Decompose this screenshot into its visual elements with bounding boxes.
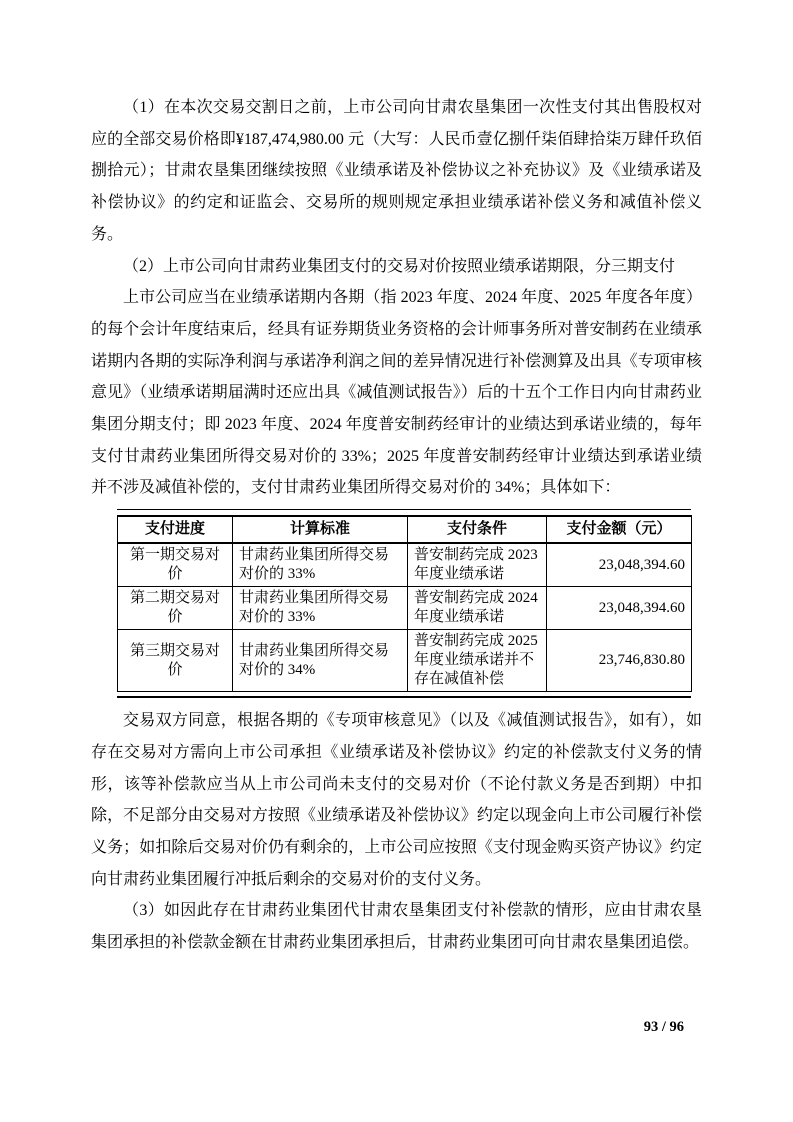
table-row-second-installment: 第二期交易对价 甘肃药业集团所得交易对价的 33% 普安制药完成 2024 年度… (118, 587, 692, 630)
table-header-payment-condition: 支付条件 (408, 516, 547, 543)
table-cell-standard: 甘肃药业集团所得交易对价的 33% (233, 587, 408, 630)
table-cell-condition: 普安制药完成 2023 年度业绩承诺 (408, 543, 547, 587)
document-page: （1）在本次交易交割日之前，上市公司向甘肃农垦集团一次性支付其出售股权对应的全部… (0, 0, 793, 1122)
table-header-calculation-standard: 计算标准 (233, 516, 408, 543)
paragraph-payment-term-3: （3）如因此存在甘肃药业集团代甘肃农垦集团支付补偿款的情形，应由甘肃农垦集团承担… (91, 895, 702, 958)
table-cell-condition: 普安制药完成 2025 年度业绩承诺并不存在减值补偿 (408, 630, 547, 692)
paragraph-payment-term-2: （2）上市公司向甘肃药业集团支付的交易对价按照业绩承诺期限，分三期支付 (91, 251, 702, 283)
table-row-third-installment: 第三期交易对价 甘肃药业集团所得交易对价的 34% 普安制药完成 2025 年度… (118, 630, 692, 692)
document-content: （1）在本次交易交割日之前，上市公司向甘肃农垦集团一次性支付其出售股权对应的全部… (91, 92, 702, 959)
table-cell-amount: 23,048,394.60 (547, 543, 692, 587)
table-header-payment-amount: 支付金额（元） (547, 516, 692, 543)
table-cell-amount: 23,048,394.60 (547, 587, 692, 630)
table-cell-stage: 第二期交易对价 (118, 587, 233, 630)
paragraph-compensation-offset: 交易双方同意，根据各期的《专项审核意见》（以及《减值测试报告》，如有），如存在交… (91, 705, 702, 895)
paragraph-performance-commitment: 上市公司应当在业绩承诺期内各期（指 2023 年度、2024 年度、2025 年… (91, 282, 702, 504)
table-header-payment-stage: 支付进度 (118, 516, 233, 543)
table-cell-standard: 甘肃药业集团所得交易对价的 34% (233, 630, 408, 692)
table-cell-standard: 甘肃药业集团所得交易对价的 33% (233, 543, 408, 587)
table-header-row: 支付进度 计算标准 支付条件 支付金额（元） (118, 516, 692, 543)
table-cell-amount: 23,746,830.80 (547, 630, 692, 692)
paragraph-payment-term-1: （1）在本次交易交割日之前，上市公司向甘肃农垦集团一次性支付其出售股权对应的全部… (91, 92, 702, 251)
table-cell-stage: 第三期交易对价 (118, 630, 233, 692)
table-cell-condition: 普安制药完成 2024 年度业绩承诺 (408, 587, 547, 630)
table-row-first-installment: 第一期交易对价 甘肃药业集团所得交易对价的 33% 普安制药完成 2023 年度… (118, 543, 692, 587)
payment-schedule-table: 支付进度 计算标准 支付条件 支付金额（元） 第一期交易对价 甘肃药业集团所得交… (117, 509, 691, 698)
page-number: 93 / 96 (644, 1019, 684, 1036)
table-cell-stage: 第一期交易对价 (118, 543, 233, 587)
